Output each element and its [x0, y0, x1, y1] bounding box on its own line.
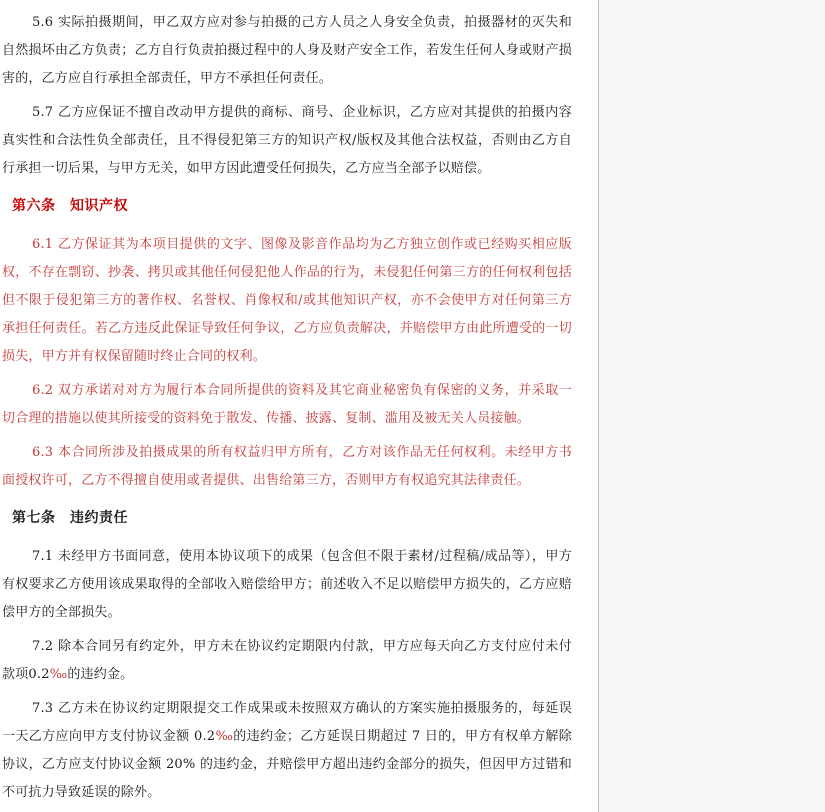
permille-symbol: ‰	[50, 667, 68, 682]
clause-6-2: 6.2 双方承诺对对方为履行本合同所提供的资料及其它商业秘密负有保密的义务，并采…	[2, 377, 572, 433]
page-margin-area	[599, 0, 825, 812]
clause-7-3: 7.3 乙方未在协议约定期限提交工作成果或未按照双方确认的方案实施拍摄服务的，每…	[2, 695, 572, 807]
clause-5-7: 5.7 乙方应保证不擅自改动甲方提供的商标、商号、企业标识，乙方应对其提供的拍摄…	[2, 99, 572, 183]
clause-7-2-text-end: 的违约金。	[67, 667, 133, 682]
document-page: 5.6 实际拍摄期间，甲乙双方应对参与拍摄的己方人员之人身安全负责，拍摄器材的灭…	[0, 0, 599, 812]
article-7-heading: 第七条 违约责任	[2, 504, 572, 532]
clause-5-6: 5.6 实际拍摄期间，甲乙双方应对参与拍摄的己方人员之人身安全负责，拍摄器材的灭…	[2, 9, 572, 93]
clause-7-2: 7.2 除本合同另有约定外，甲方未在协议约定期限内付款，甲方应每天向乙方支付应付…	[2, 633, 572, 689]
clause-7-1: 7.1 未经甲方书面同意，使用本协议项下的成果（包含但不限于素材/过程稿/成品等…	[2, 543, 572, 627]
browser-viewport: 5.6 实际拍摄期间，甲乙双方应对参与拍摄的己方人员之人身安全负责，拍摄器材的灭…	[0, 0, 825, 812]
article-6-heading: 第六条 知识产权	[2, 192, 572, 220]
clause-6-1: 6.1 乙方保证其为本项目提供的文字、图像及影音作品均为乙方独立创作或已经购买相…	[2, 231, 572, 371]
clause-6-3: 6.3 本合同所涉及拍摄成果的所有权益归甲方所有，乙方对该作品无任何权利。未经甲…	[2, 439, 572, 495]
permille-symbol: ‰	[215, 729, 233, 744]
